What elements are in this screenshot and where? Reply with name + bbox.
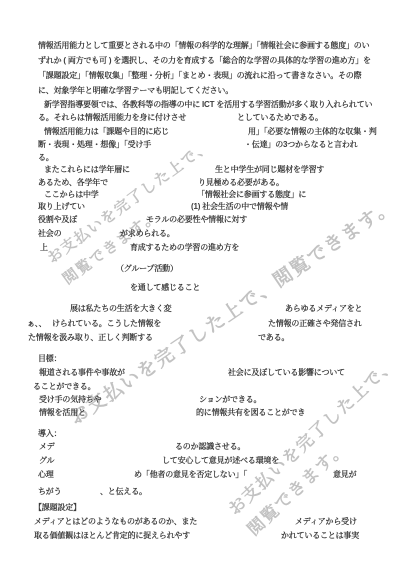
text-fragment: を通して感じること bbox=[130, 282, 200, 293]
text-fragment: た情報を汲み取り、正しく判断する bbox=[28, 332, 153, 343]
text-fragment: ・伝達」の3つからなると言われ bbox=[244, 139, 357, 150]
text-fragment: る。それらは情報活用能力を身に付けさせ bbox=[38, 112, 186, 123]
text-fragment: あるため、各学年で bbox=[38, 177, 108, 188]
text-fragment: 役割や及ぼ bbox=[38, 214, 77, 225]
text-fragment: 情報を活用と bbox=[39, 407, 86, 418]
text-fragment: メディアから受け bbox=[295, 516, 357, 527]
text-fragment: ずれか ( 両方でも可 ) を選択し、その力を育成する「総合的な学習の具体的な学… bbox=[38, 55, 371, 66]
text-fragment: た情報の正確さや発信され bbox=[268, 318, 362, 329]
document-page: お支払いを完了した上で、閲覧できます。お支払いを完了した上で、閲覧できます。お支… bbox=[0, 0, 410, 580]
text-fragment: またこれらには学年層に bbox=[44, 164, 130, 175]
text-fragment: である。 bbox=[258, 332, 289, 343]
text-fragment: 意見が bbox=[333, 469, 356, 480]
text-fragment: ることができる。 bbox=[33, 381, 95, 392]
text-fragment: 育成するための学習の進め方を bbox=[130, 242, 239, 253]
text-fragment: ちがう bbox=[38, 486, 61, 497]
text-fragment: るのか認識させる。 bbox=[175, 441, 245, 452]
text-fragment: 【課題設定】 bbox=[34, 502, 81, 513]
text-fragment: モラルの必要性や情報に対す bbox=[146, 214, 247, 225]
text-fragment: 「情報社会に参画する態度」に bbox=[197, 189, 306, 200]
text-fragment: 「課題設定」「情報収集」「整理・分析」「まとめ・表現」の流れに沿って書きなさい。… bbox=[38, 70, 361, 81]
text-fragment: 、と伝える。 bbox=[100, 486, 147, 497]
text-fragment: (1) 社会生活の中で情報や情 bbox=[191, 201, 288, 212]
text-fragment: して安心して意見が述べる環境を bbox=[162, 455, 279, 466]
text-fragment: メデ bbox=[39, 441, 55, 452]
text-fragment: 断・表現・処理・想像」「受け手 bbox=[38, 139, 151, 150]
text-fragment: ションができる。 bbox=[199, 394, 261, 405]
text-fragment: 用」「必要な情報の主体的な収集・判 bbox=[248, 126, 377, 137]
text-fragment: 目標： bbox=[38, 353, 61, 364]
document-text-layer: 情報活用能力として重要とされる中の「情報の科学的な理解」「情報社会に参画する態度… bbox=[0, 0, 410, 580]
text-fragment: 的に情報共有を図ることができ bbox=[196, 407, 305, 418]
text-fragment: ここからは中学 bbox=[44, 189, 99, 200]
text-fragment: 取り上げてい bbox=[38, 201, 85, 212]
text-fragment: メディアとはどのようなものがあるのか、また bbox=[34, 516, 197, 527]
text-fragment: としているためである。 bbox=[237, 112, 323, 123]
text-fragment: 導入： bbox=[38, 428, 61, 439]
text-fragment: が求められる。 bbox=[120, 228, 175, 239]
text-fragment: けられている。こうした情報を bbox=[52, 318, 161, 329]
text-fragment: め「他者の意見を否定しない」「 bbox=[134, 469, 247, 480]
text-fragment: 報道される事件や事故が bbox=[39, 367, 125, 378]
text-fragment: あらゆるメディアをと bbox=[285, 303, 362, 314]
text-fragment: 情報活用能力は「課題や目的に応じ bbox=[44, 126, 169, 137]
text-fragment: グル bbox=[39, 455, 54, 466]
text-fragment: （グループ活動） bbox=[116, 263, 178, 274]
text-fragment: に、対象学年と明確な学習テーマも明記してください。 bbox=[38, 85, 233, 96]
text-fragment: かれていることは事実 bbox=[281, 530, 359, 541]
text-fragment: ぁ、、 bbox=[27, 318, 46, 329]
text-fragment: 社会の bbox=[38, 228, 61, 239]
text-fragment: 取る価値観はほとんど肯定的に捉えられやす bbox=[34, 530, 190, 541]
text-fragment: 受け手の気持ちや bbox=[39, 394, 101, 405]
text-fragment: 新学習指導要領では、各教科等の指導の中に ICT を活用する学習活動が多く取り入… bbox=[44, 99, 372, 110]
text-fragment: 心理 bbox=[38, 469, 54, 480]
text-fragment: 情報活用能力として重要とされる中の「情報の科学的な理解」「情報社会に参画する態度… bbox=[38, 40, 369, 51]
text-fragment: 社会に及ぼしている影響について bbox=[228, 367, 345, 378]
text-fragment: 生と中学生が同じ題材を学習す bbox=[215, 164, 324, 175]
text-fragment: り見極める必要がある。 bbox=[198, 177, 284, 188]
text-fragment: る。 bbox=[38, 152, 54, 163]
text-fragment: 上 bbox=[40, 242, 48, 253]
text-fragment: 展は私たちの生活を大きく変 bbox=[70, 303, 171, 314]
